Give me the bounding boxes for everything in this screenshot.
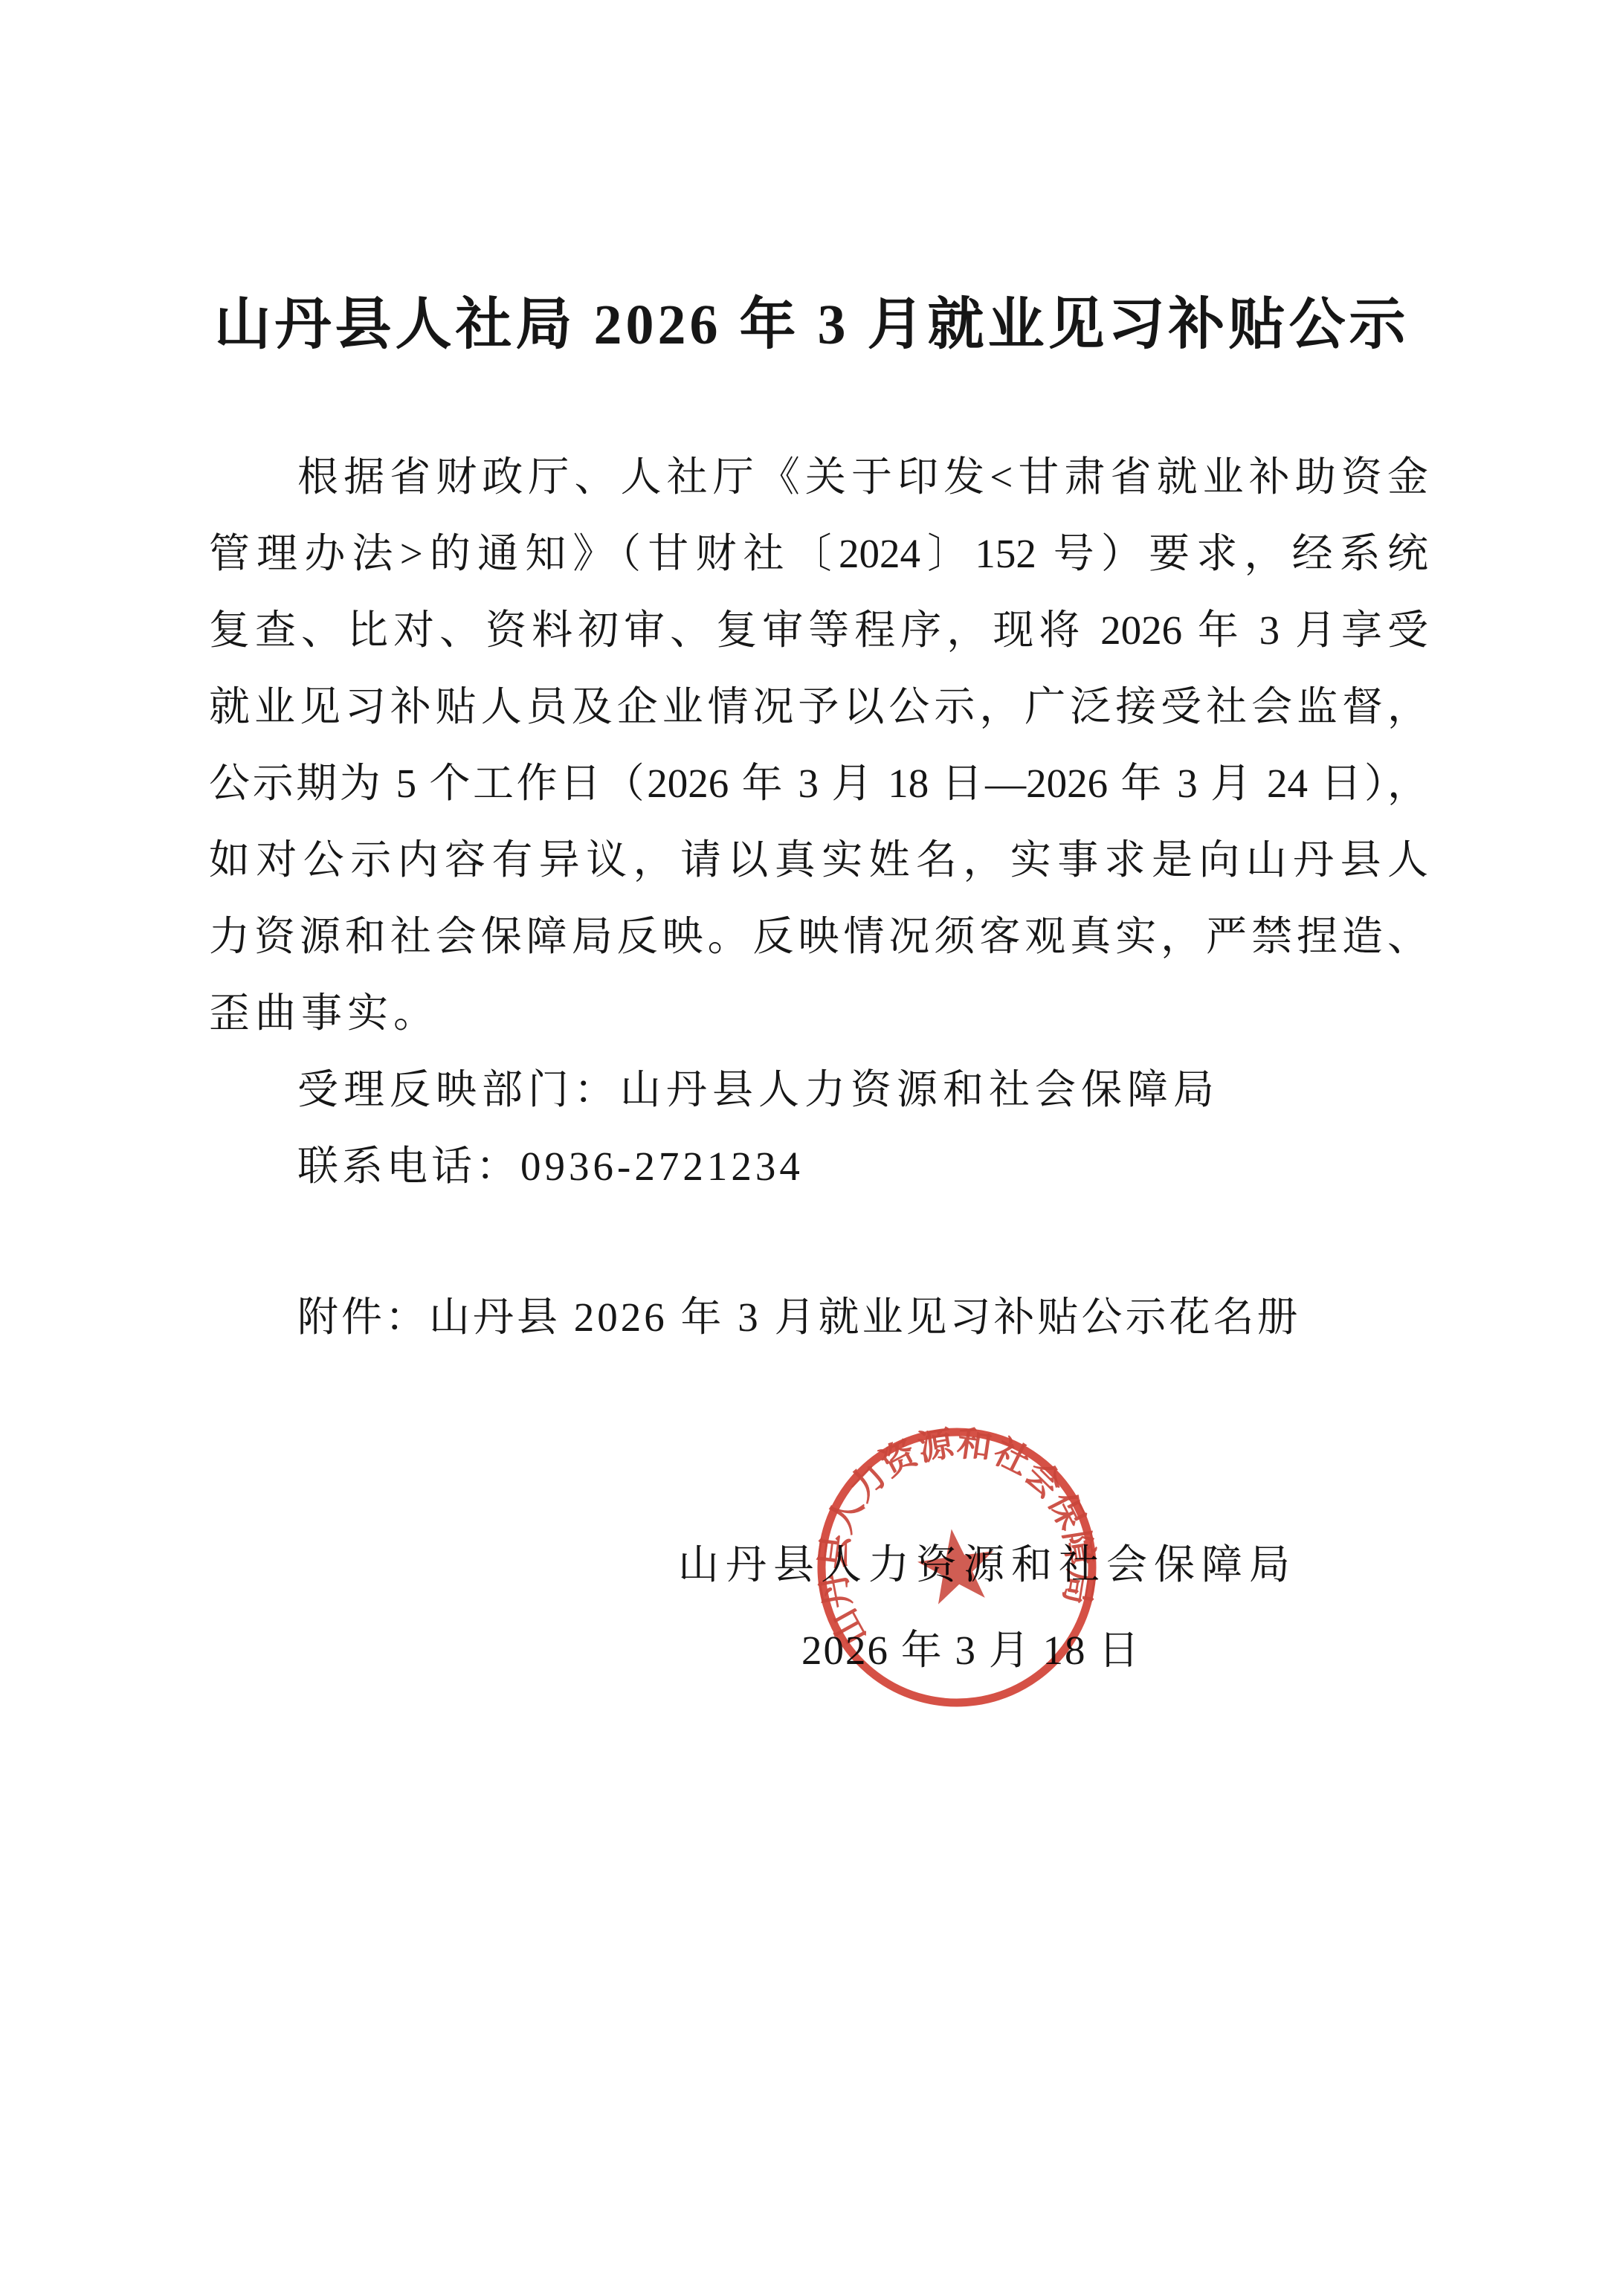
- page-title: 山丹县人社局 2026 年 3 月就业见习补贴公示: [202, 284, 1422, 366]
- body-line: 复查、比对、资料初审、复审等程序，现将 2026 年 3 月享受: [209, 592, 1428, 668]
- body-line: 根据省财政厅、人社厅《关于印发<甘肃省就业补助资金: [209, 439, 1428, 515]
- official-seal: 山丹县人力资源和社会保障局: [764, 1374, 1150, 1761]
- body-line: 就业见习补贴人员及企业情况予以公示，广泛接受社会监督，: [209, 668, 1428, 745]
- star-icon: [914, 1523, 999, 1606]
- document-page: 山丹县人社局 2026 年 3 月就业见习补贴公示 根据省财政厅、人社厅《关于印…: [0, 0, 1623, 2296]
- body-line: 力资源和社会保障局反映。反映情况须客观真实，严禁捏造、: [209, 898, 1428, 975]
- contact-department-line: 受理反映部门：山丹县人力资源和社会保障局: [209, 1051, 1428, 1128]
- body-line: 歪曲事实。: [209, 975, 1428, 1051]
- body-line: 管理办法>的通知》（甘财社〔2024〕152 号）要求，经系统: [209, 515, 1428, 592]
- attachment-line: 附件：山丹县 2026 年 3 月就业见习补贴公示花名册: [209, 1279, 1561, 1355]
- contact-phone-line: 联系电话：0936-2721234: [209, 1128, 1428, 1205]
- body-line: 如对公示内容有异议，请以真实姓名，实事求是向山丹县人: [209, 822, 1428, 898]
- body-text: 根据省财政厅、人社厅《关于印发<甘肃省就业补助资金 管理办法>的通知》（甘财社〔…: [209, 439, 1428, 1205]
- body-line: 公示期为 5 个工作日（2026 年 3 月 18 日—2026 年 3 月 2…: [209, 745, 1428, 822]
